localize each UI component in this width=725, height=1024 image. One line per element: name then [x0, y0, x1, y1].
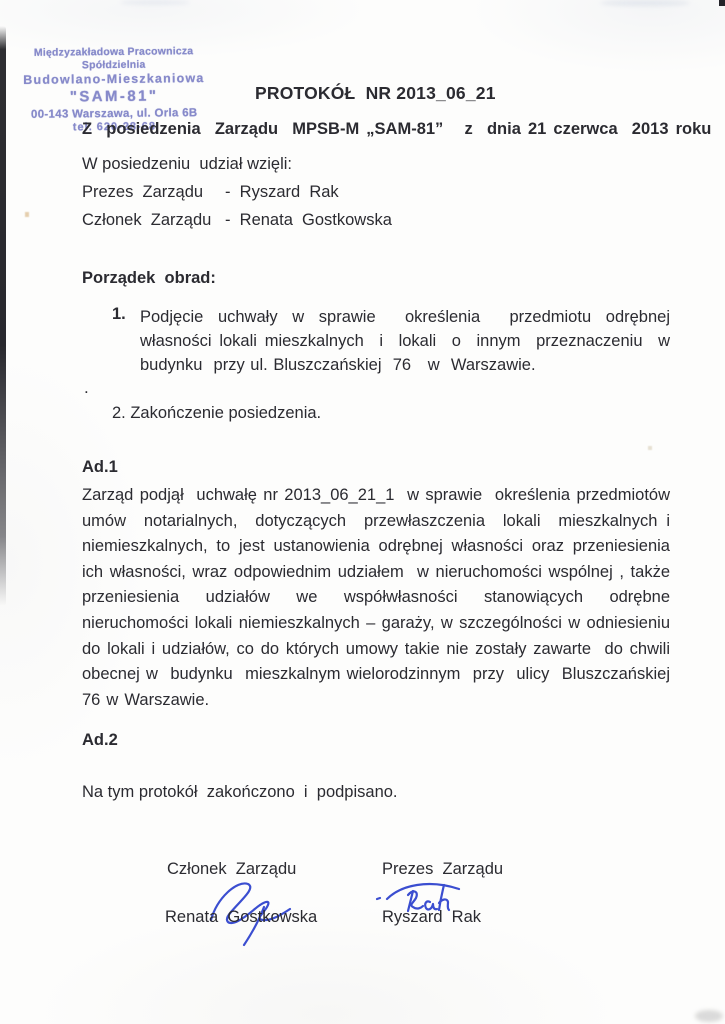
scan-smudge: [600, 0, 690, 6]
document-subtitle: Z posiedzenia Zarządu MPSB-M „SAM-81” z …: [82, 120, 711, 139]
section-heading-ad1: Ad.1: [82, 458, 118, 477]
agenda-item-1: 1. Podjęcie uchwały w sprawie określenia…: [112, 305, 670, 377]
document-title: PROTOKÓŁ NR 2013_06_21: [255, 83, 496, 104]
attendee-name: - Ryszard Rak: [225, 183, 339, 202]
stamp-name: "SAM-81": [13, 87, 215, 108]
agenda-item-2: 2. Zakończenie posiedzenia.: [112, 404, 321, 423]
resolution-body: Zarząd podjął uchwałę nr 2013_06_21_1 w …: [82, 483, 670, 713]
agenda-heading: Porządek obrad:: [82, 269, 216, 288]
signature-name-right: Ryszard Rak: [382, 908, 481, 927]
attendee-row: Prezes Zarządu - Ryszard Rak: [82, 183, 339, 202]
attendee-name: - Renata Gostkowska: [225, 211, 392, 230]
scan-speck: [648, 446, 652, 450]
attendees-intro: W posiedzeniu udział wzięli:: [82, 155, 292, 174]
scan-smudge: [695, 1010, 723, 1022]
attendee-role: Członek Zarządu: [82, 211, 225, 230]
stray-period-mark: .: [84, 378, 89, 398]
scan-artifact-corner: [719, 0, 725, 6]
attendee-role: Prezes Zarządu: [82, 183, 225, 202]
stamp-line: Budowlano-Mieszkaniowa: [13, 71, 215, 89]
scan-speck: [25, 212, 29, 217]
agenda-item-text: Podjęcie uchwały w sprawie określenia pr…: [140, 305, 670, 377]
section-heading-ad2: Ad.2: [82, 731, 118, 750]
scanned-protocol-page: Międzyzakładowa Pracownicza Spółdzielnia…: [0, 0, 725, 1024]
stamp-line: Międzyzakładowa Pracownicza Spółdzielnia: [13, 45, 215, 73]
scan-artifact-left-edge: [0, 26, 6, 606]
agenda-item-number: 1.: [112, 305, 140, 377]
scan-smudge: [120, 0, 190, 5]
signature-name-left: Renata Gostkowska: [165, 908, 317, 927]
closing-statement: Na tym protokół zakończono i podpisano.: [82, 783, 398, 802]
attendee-row: Członek Zarządu - Renata Gostkowska: [82, 211, 392, 230]
